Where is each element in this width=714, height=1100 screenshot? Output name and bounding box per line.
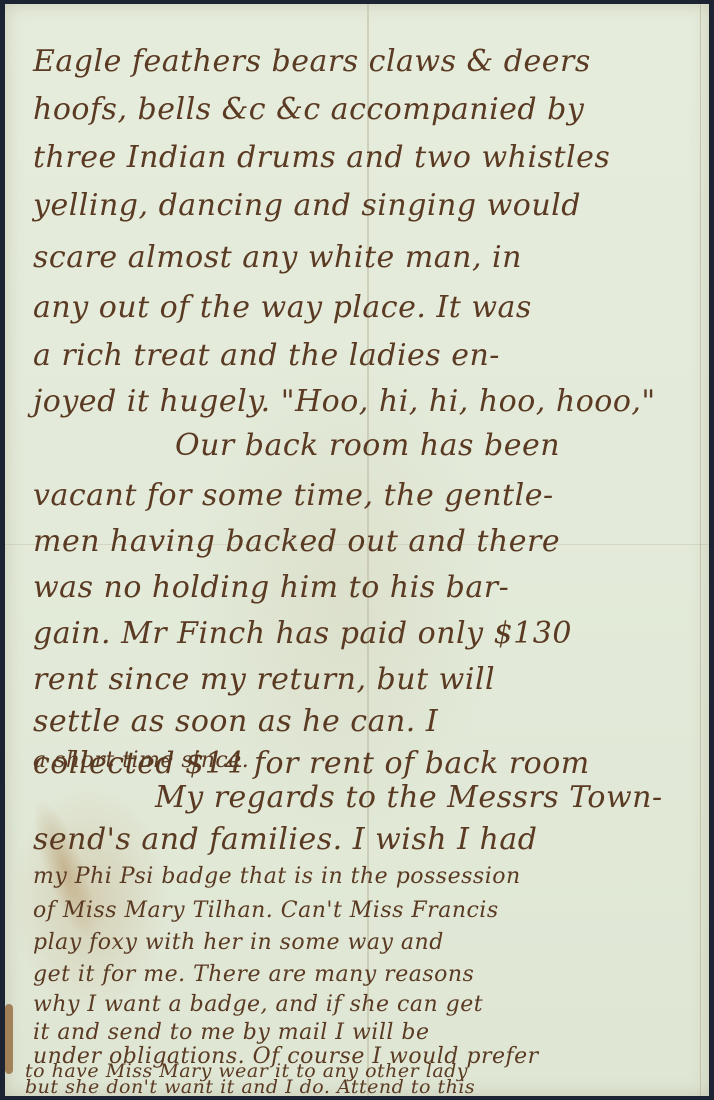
letter-line: but she don't want it and I do. Attend t… xyxy=(25,1076,475,1098)
letter-line: a rich treat and the ladies en- xyxy=(33,338,500,373)
letter-line: yelling, dancing and singing would xyxy=(33,188,581,223)
letter-line: Eagle feathers bears claws & deers xyxy=(33,44,591,79)
letter-line: why I want a badge, and if she can get xyxy=(33,992,483,1017)
letter-line: settle as soon as he can. I xyxy=(33,704,438,739)
letter-line: men having backed out and there xyxy=(33,524,560,559)
letter-line: rent since my return, but will xyxy=(33,662,495,697)
letter-line: it and send to me by mail I will be xyxy=(33,1020,430,1045)
letter-line: send's and families. I wish I had xyxy=(33,822,537,857)
letter-line: scare almost any white man, in xyxy=(33,240,522,275)
letter-line: hoofs, bells &c &c accompanied by xyxy=(33,92,584,127)
letter-line: vacant for some time, the gentle- xyxy=(33,478,554,513)
letter-line: Our back room has been xyxy=(175,428,560,463)
letter-line: play foxy with her in some way and xyxy=(33,930,444,955)
letter-page: Eagle feathers bears claws & deers hoofs… xyxy=(5,4,709,1096)
letter-line: My regards to the Messrs Town- xyxy=(155,780,663,815)
letter-line: three Indian drums and two whistles xyxy=(33,140,610,175)
letter-line: get it for me. There are many reasons xyxy=(33,962,474,987)
letter-body: Eagle feathers bears claws & deers hoofs… xyxy=(5,4,709,1096)
letter-line: gain. Mr Finch has paid only $130 xyxy=(33,616,572,651)
letter-line: a short time since. xyxy=(33,748,249,773)
letter-line: my Phi Psi badge that is in the possessi… xyxy=(33,864,521,889)
letter-line: was no holding him to his bar- xyxy=(33,570,509,605)
letter-line: any out of the way place. It was xyxy=(33,290,532,325)
letter-line: of Miss Mary Tilhan. Can't Miss Francis xyxy=(33,898,499,923)
letter-line: joyed it hugely. "Hoo, hi, hi, hoo, hooo… xyxy=(33,384,656,419)
